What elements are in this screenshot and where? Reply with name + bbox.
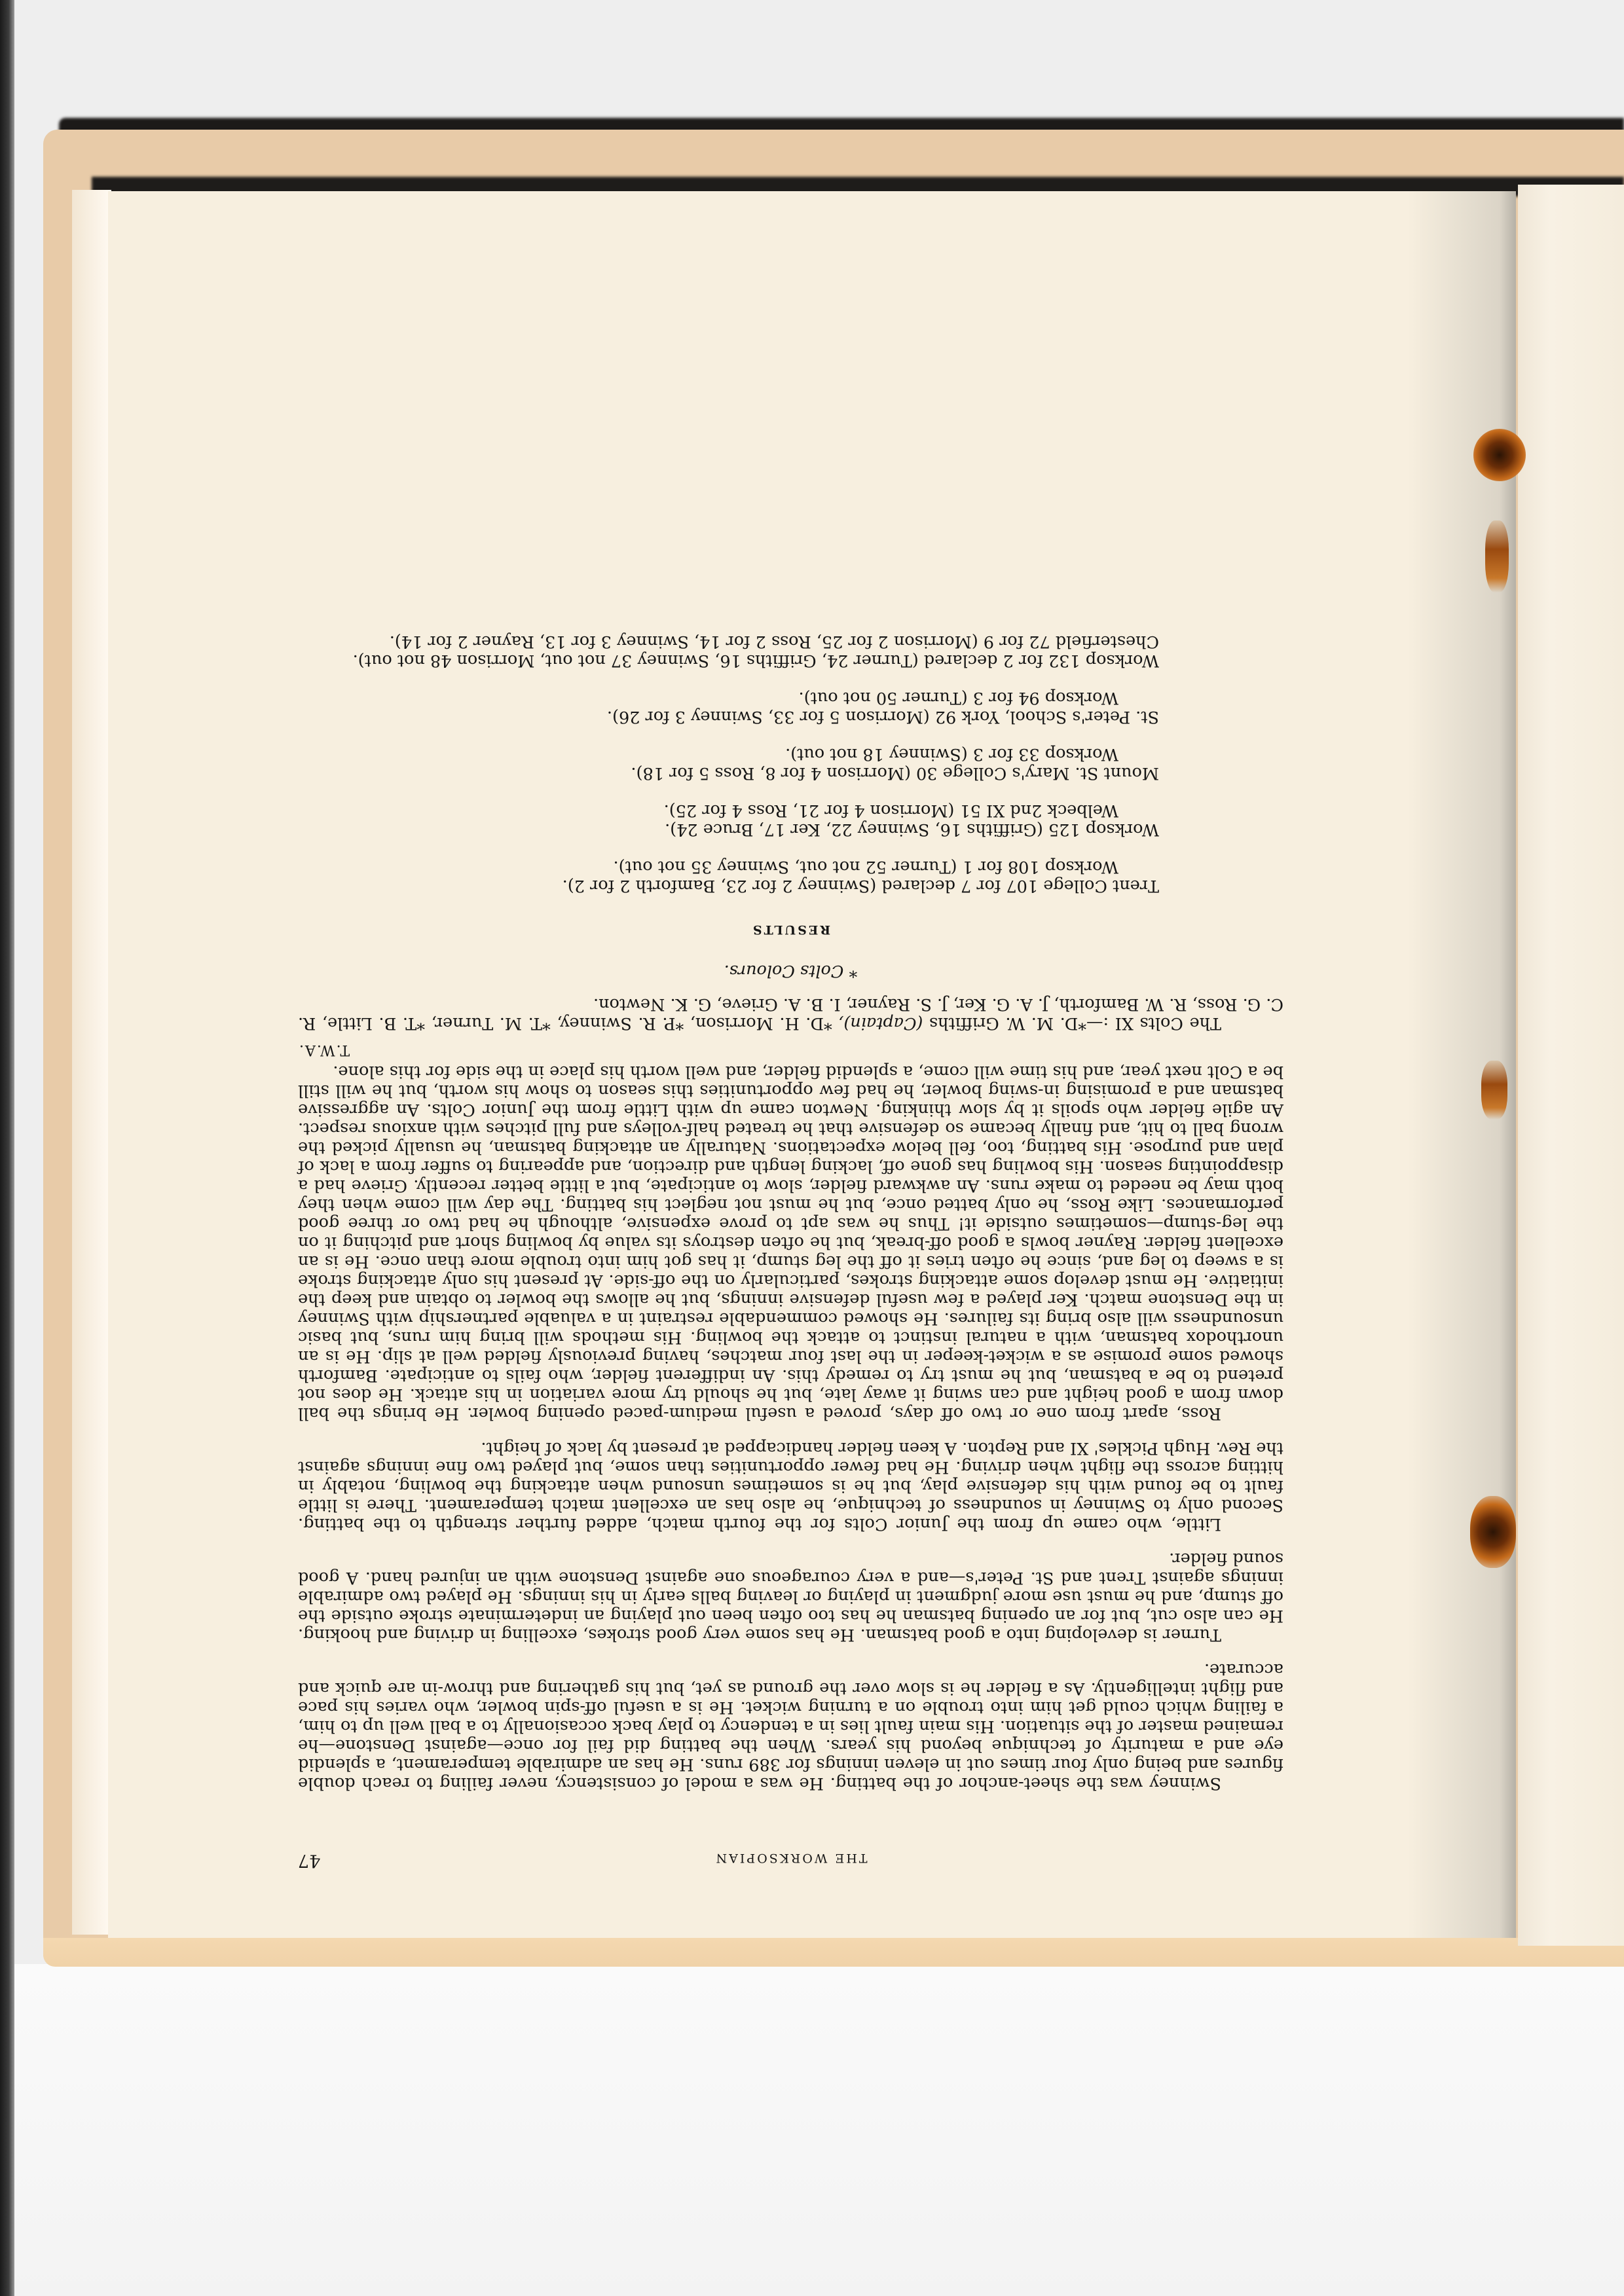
result-line-2: Worksop 33 for 3 (Swinney 18 not out).: [298, 744, 1159, 763]
rust-stain-icon: [1473, 429, 1526, 481]
result-line-2: Chesterfield 72 for 9 (Morrison 2 for 25…: [298, 632, 1283, 651]
colours-footnote: * Colts Colours.: [298, 961, 1283, 980]
team-prefix: The Colts XI :—*D. M. W. Griffiths: [929, 1013, 1221, 1033]
paragraph-bowlers: Ross, apart from one or two off days, pr…: [298, 1062, 1283, 1423]
running-title: THE WORKSOPIAN: [298, 1848, 1283, 1867]
result-line-1: Trent College 107 for 7 declared (Swinne…: [298, 876, 1159, 895]
match-result: St. Peter's School, York 92 (Morrison 5 …: [298, 688, 1159, 726]
page-number: 47: [298, 1851, 320, 1870]
cover-bottom-edge: [43, 1938, 1624, 1967]
result-line-2: Worksop 94 for 3 (Turner 50 not out).: [298, 688, 1159, 707]
captain-label: (Captain),: [838, 1013, 923, 1033]
page-stack-edge: [72, 190, 111, 1935]
scanner-bed: [14, 1964, 1624, 2296]
scanner-edge: [0, 0, 14, 2296]
facing-page: [1518, 185, 1624, 1946]
page-text: THE WORKSOPIAN 47 Swinney was the sheet-…: [298, 376, 1283, 1872]
rust-stain-icon: [1481, 1061, 1507, 1120]
result-line-1: Worksop 125 (Griffiths 16, Swinney 22, K…: [298, 820, 1159, 839]
paragraph-little: Little, who came up from the Junior Colt…: [298, 1438, 1283, 1533]
paragraph-swinney: Swinney was the sheet-anchor of the batt…: [298, 1660, 1283, 1793]
author-initials: T.W.A.: [298, 1040, 1283, 1059]
match-result: Worksop 125 (Griffiths 16, Swinney 22, K…: [298, 801, 1159, 839]
result-line-1: St. Peter's School, York 92 (Morrison 5 …: [298, 707, 1159, 726]
rust-stain-icon: [1485, 520, 1509, 592]
results-heading: RESULTS: [298, 920, 1283, 939]
result-line-1: Mount St. Mary's College 30 (Morrison 4 …: [298, 763, 1159, 782]
paragraph-turner: Turner is developing into a good batsman…: [298, 1549, 1283, 1644]
rust-stain-icon: [1470, 1496, 1516, 1568]
match-result: Mount St. Mary's College 30 (Morrison 4 …: [298, 744, 1159, 782]
match-result: Trent College 107 for 7 declared (Swinne…: [298, 857, 1159, 895]
result-line-2: Welbeck 2nd XI 51 (Morrison 4 for 21, Ro…: [298, 801, 1159, 820]
running-header: THE WORKSOPIAN 47: [298, 1846, 1283, 1872]
match-result: Worksop 132 for 2 declared (Turner 24, G…: [298, 632, 1283, 670]
result-line-1: Worksop 132 for 2 declared (Turner 24, G…: [298, 651, 1283, 670]
result-line-2: Worksop 108 for 1 (Turner 52 not out, Sw…: [298, 857, 1159, 876]
team-list: The Colts XI :—*D. M. W. Griffiths (Capt…: [298, 994, 1283, 1032]
